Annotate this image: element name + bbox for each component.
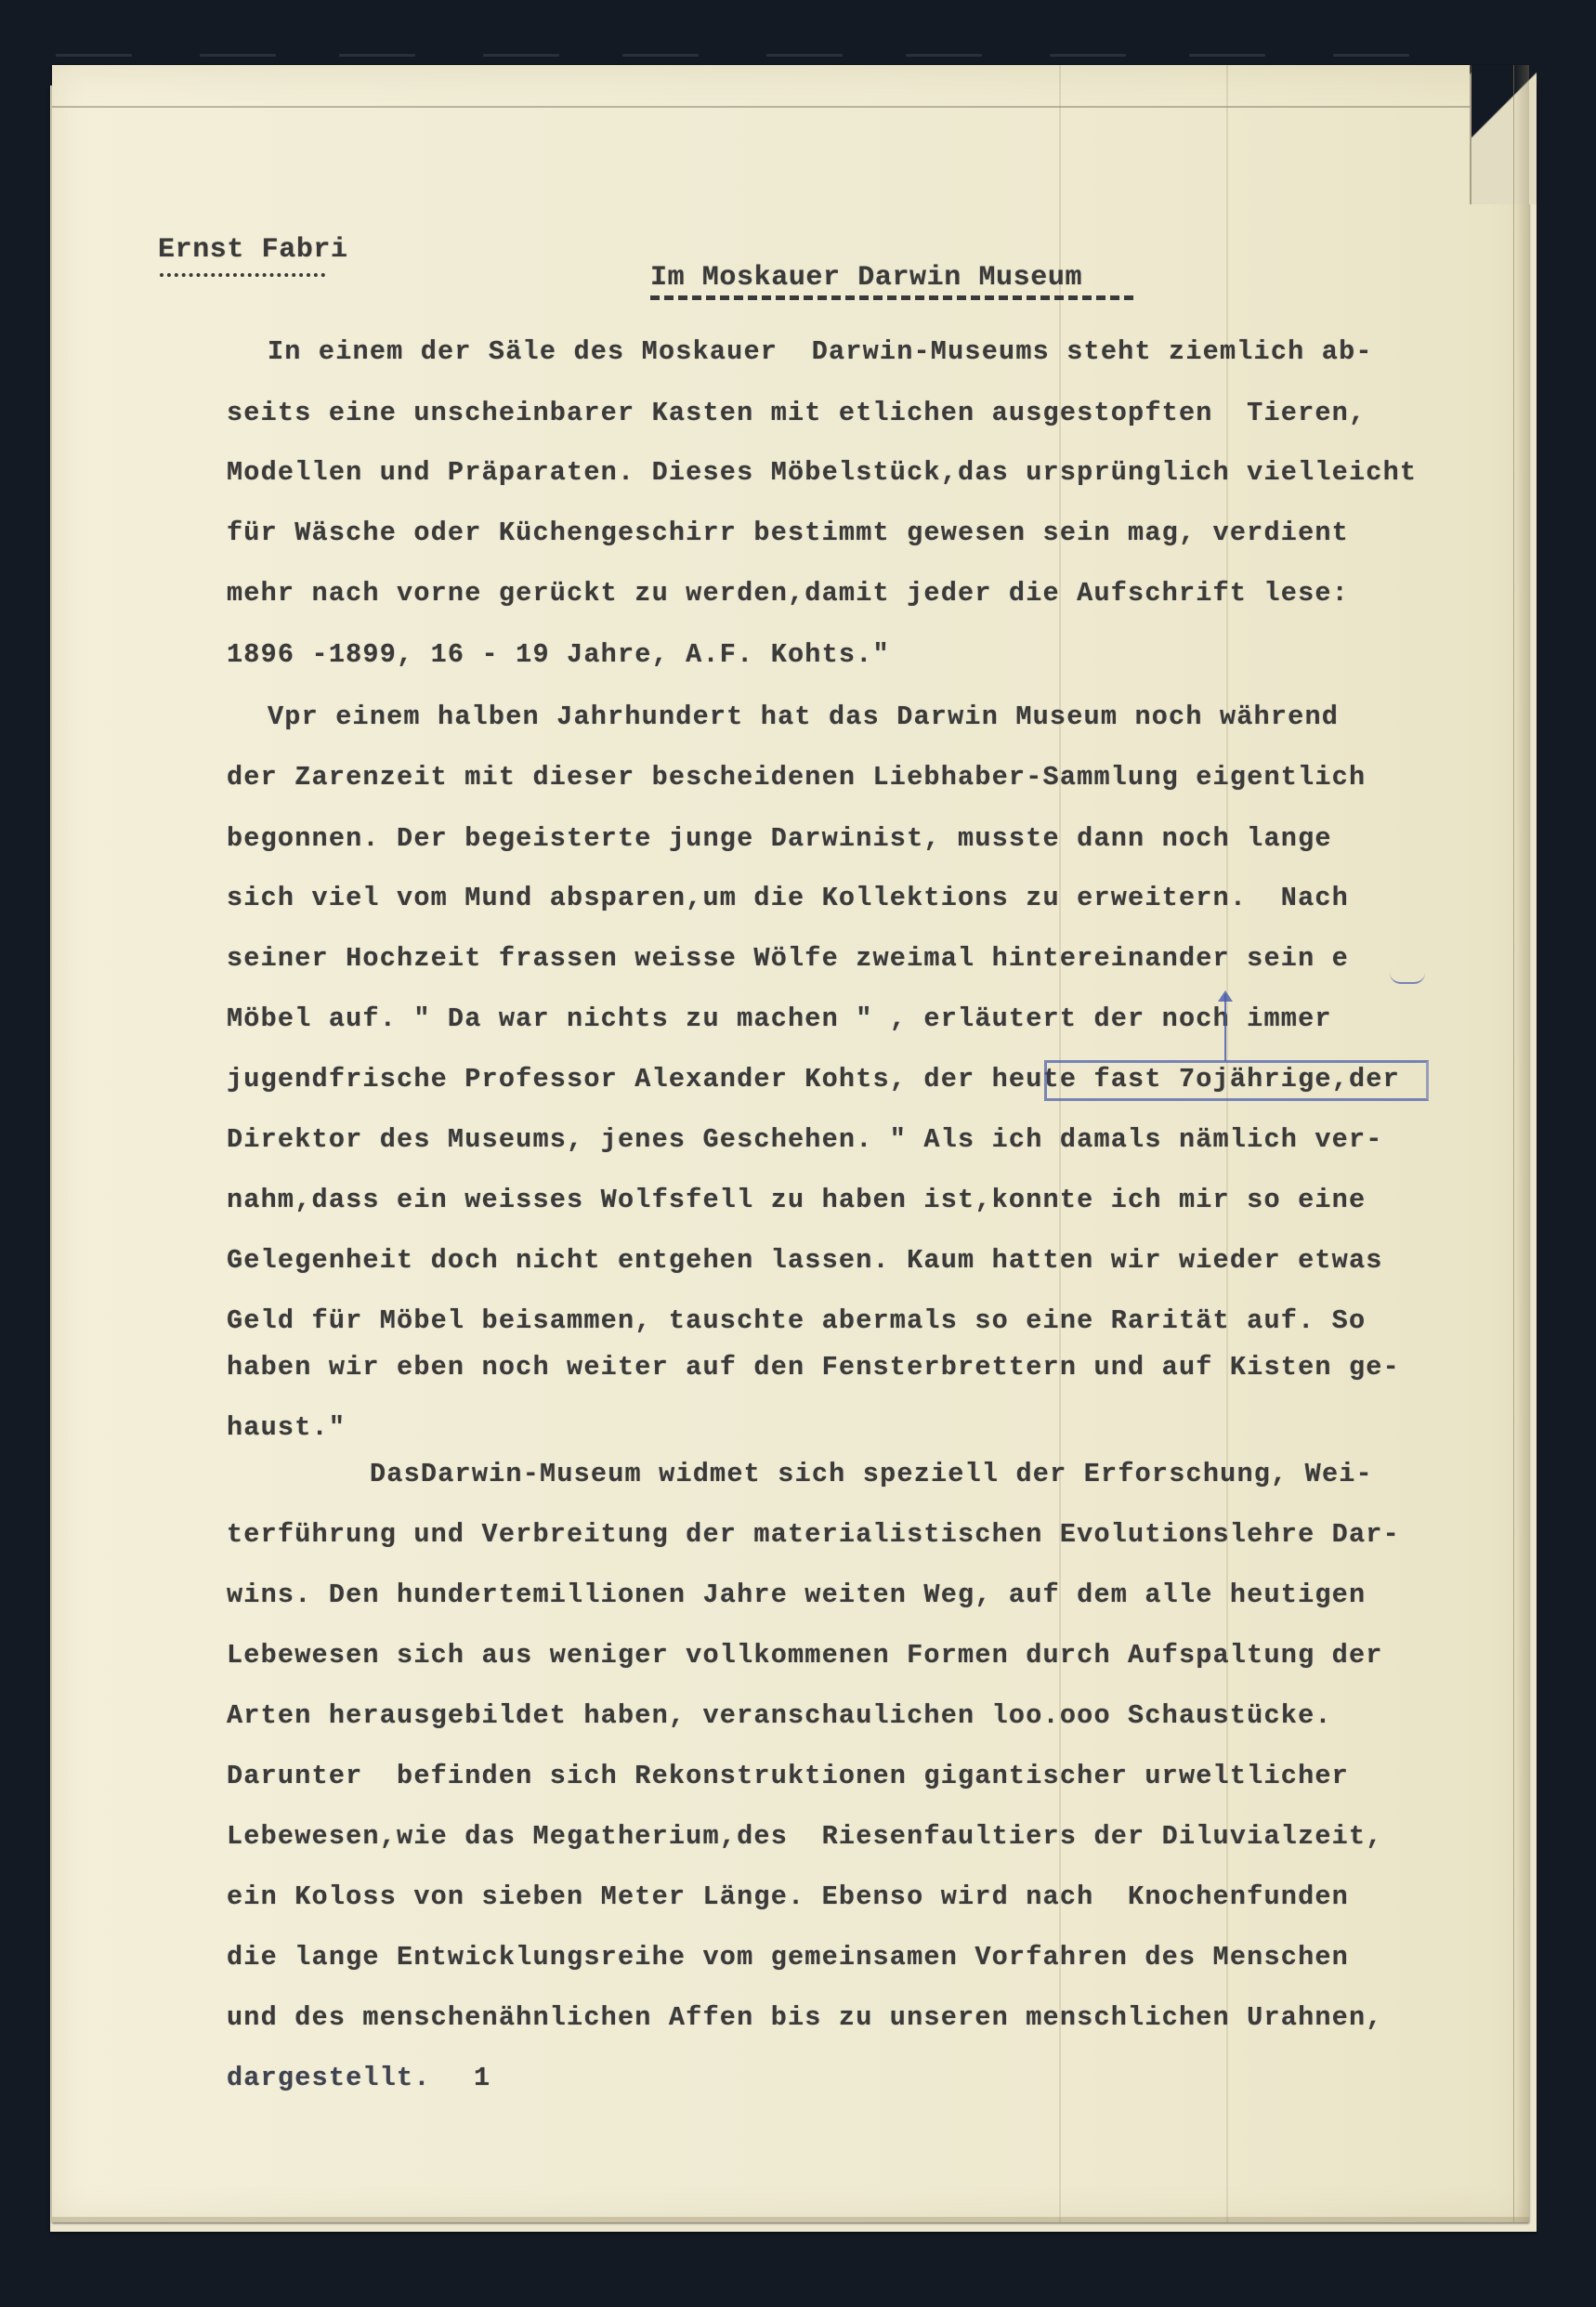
- page-number: 1: [474, 2063, 491, 2093]
- text-line: ein Koloss von sieben Meter Länge. Ebens…: [227, 1881, 1349, 1912]
- text-line: der Zarenzeit mit dieser bescheidenen Li…: [227, 762, 1366, 793]
- body-text: In einem der Säle des Moskauer Darwin-Mu…: [0, 0, 1596, 2307]
- text-line: Lebewesen sich aus weniger vollkommenen …: [227, 1640, 1383, 1671]
- text-line: 1896 -1899, 16 - 19 Jahre, A.F. Kohts.": [227, 639, 890, 670]
- text-line: und des menschenähnlichen Affen bis zu u…: [227, 2002, 1383, 2033]
- text-line: In einem der Säle des Moskauer Darwin-Mu…: [268, 336, 1373, 367]
- text-line: Direktor des Museums, jenes Geschehen. "…: [227, 1124, 1383, 1155]
- text-line: für Wäsche oder Küchengeschirr bestimmt …: [227, 518, 1349, 548]
- text-line: mehr nach vorne gerückt zu werden,damit …: [227, 578, 1349, 609]
- text-line: Gelegenheit doch nicht entgehen lassen. …: [227, 1245, 1383, 1276]
- text-line: Möbel auf. " Da war nichts zu machen " ,…: [227, 1003, 1332, 1034]
- text-line: sich viel vom Mund absparen,um die Kolle…: [227, 883, 1349, 913]
- text-line: Arten herausgebildet haben, veranschauli…: [227, 1700, 1332, 1731]
- text-line: Lebewesen,wie das Megatherium,des Riesen…: [227, 1821, 1383, 1852]
- text-line: nahm,dass ein weisses Wolfsfell zu haben…: [227, 1185, 1366, 1215]
- text-line: seits eine unscheinbarer Kasten mit etli…: [227, 398, 1366, 428]
- text-line: die lange Entwicklungsreihe vom gemeinsa…: [227, 1942, 1349, 1973]
- pencil-arrow-annotation: [1224, 994, 1226, 1061]
- text-line: Vpr einem halben Jahrhundert hat das Dar…: [268, 701, 1339, 732]
- text-line: terführung und Verbreitung der materiali…: [227, 1519, 1400, 1550]
- text-line-struck: dargestellt.: [227, 2063, 431, 2093]
- text-line: haust.": [227, 1412, 346, 1443]
- text-line: Modellen und Präparaten. Dieses Möbelstü…: [227, 457, 1417, 488]
- text-line: wins. Den hundertemillionen Jahre weiten…: [227, 1580, 1366, 1610]
- text-line: DasDarwin-Museum widmet sich speziell de…: [370, 1459, 1373, 1489]
- text-line: seiner Hochzeit frassen weisse Wölfe zwe…: [227, 943, 1349, 974]
- pencil-join-mark: [1390, 973, 1425, 984]
- text-line: begonnen. Der begeisterte junge Darwinis…: [227, 823, 1332, 854]
- text-line: Geld für Möbel beisammen, tauschte aberm…: [227, 1305, 1366, 1336]
- text-line: haben wir eben noch weiter auf den Fenst…: [227, 1352, 1400, 1383]
- text-line: Darunter befinden sich Rekonstruktionen …: [227, 1761, 1349, 1791]
- pencil-box-annotation: [1044, 1060, 1429, 1101]
